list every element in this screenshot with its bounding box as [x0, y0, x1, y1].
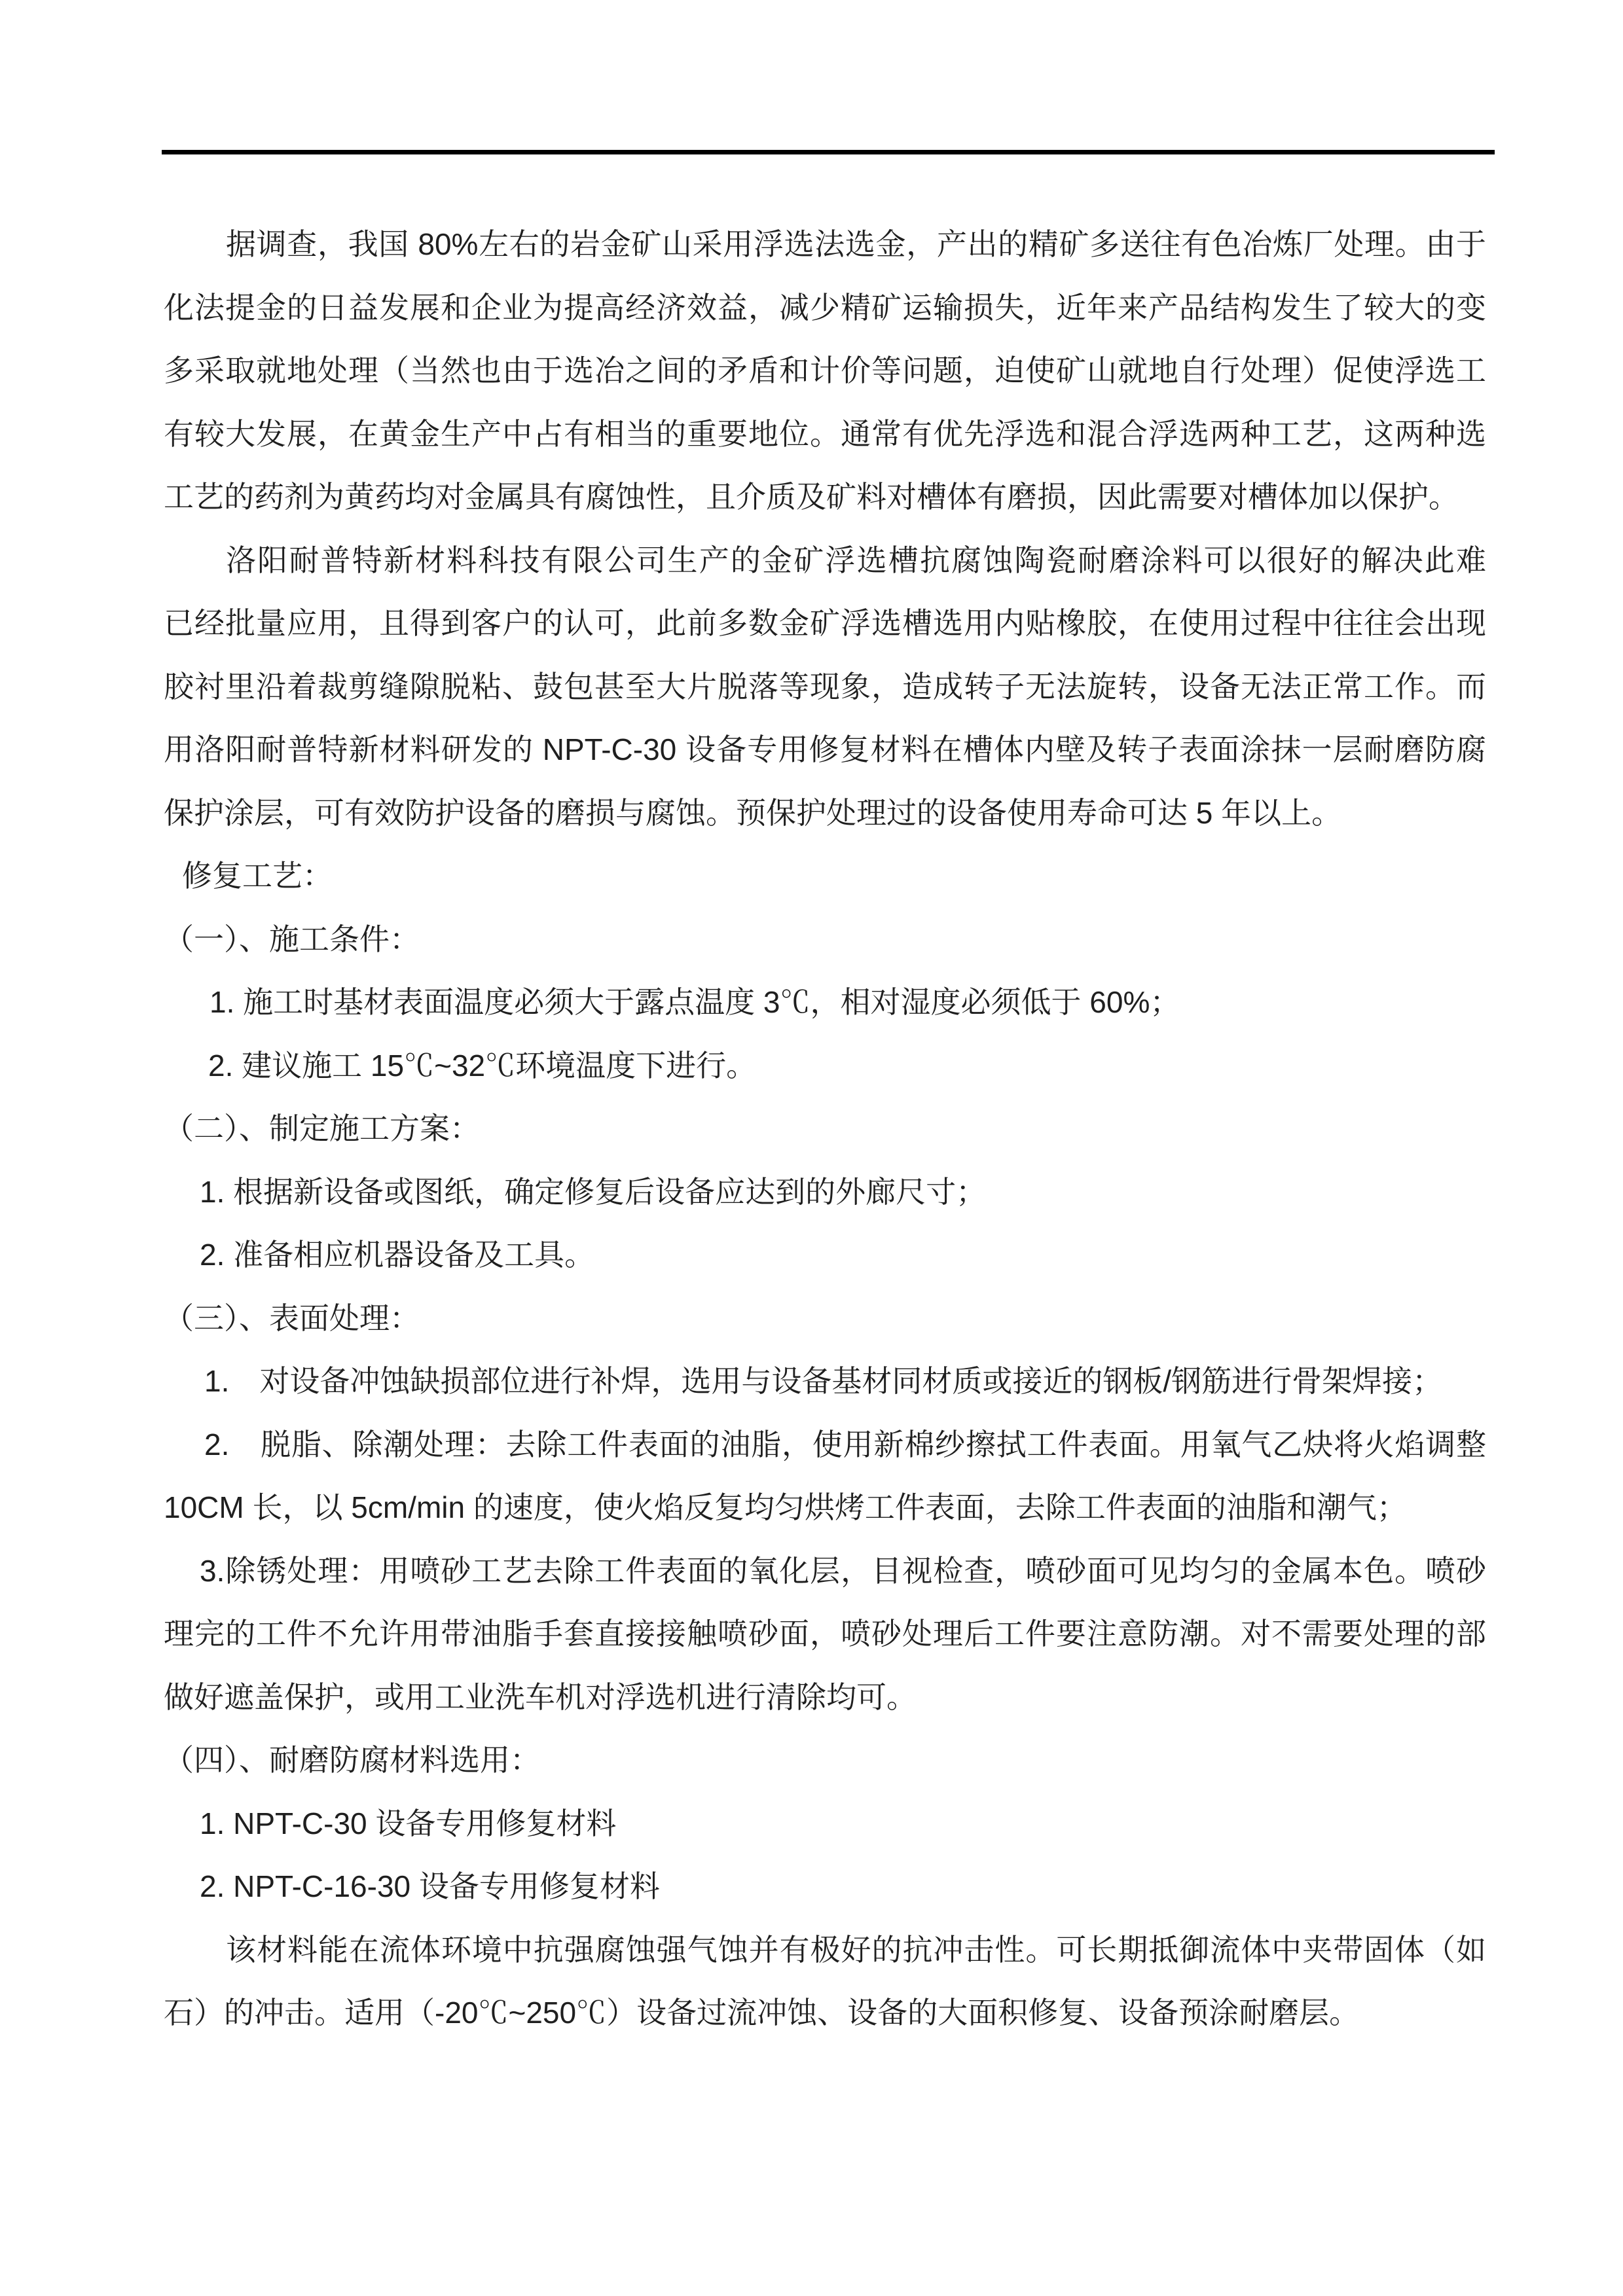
text-line: 保护涂层，可有效防护设备的磨损与腐蚀。预保护处理过的设备使用寿命可达 5 年以上…	[164, 781, 1486, 845]
text-line: 化法提金的日益发展和企业为提高经济效益，减少精矿运输损失，近年来产品结构发生了较…	[164, 276, 1486, 340]
text-line: 多采取就地处理（当然也由于选冶之间的矛盾和计价等问题，迫使矿山就地自行处理）促使…	[164, 339, 1486, 403]
text-line: （四）、耐磨防腐材料选用：	[164, 1729, 1486, 1792]
text-line: 该材料能在流体环境中抗强腐蚀强气蚀并有极好的抗冲击性。可长期抵御流体中夹带固体（…	[164, 1918, 1486, 1982]
text-line: 修复工艺：	[164, 844, 1486, 908]
text-line: 洛阳耐普特新材料科技有限公司生产的金矿浮选槽抗腐蚀陶瓷耐磨涂料可以很好的解决此难…	[164, 529, 1486, 592]
text-line: 已经批量应用，且得到客户的认可，此前多数金矿浮选槽选用内贴橡胶，在使用过程中往往…	[164, 592, 1486, 655]
text-line: 理完的工件不允许用带油脂手套直接接触喷砂面，喷砂处理后工件要注意防潮。对不需要处…	[164, 1602, 1486, 1666]
text-line: 3.除锈处理：用喷砂工艺去除工件表面的氧化层，目视检查，喷砂面可见均匀的金属本色…	[164, 1539, 1486, 1603]
text-line: 石）的冲击。适用（-20℃~250℃）设备过流冲蚀、设备的大面积修复、设备预涂耐…	[164, 1981, 1486, 2045]
text-line: 2. 建议施工 15℃~32℃环境温度下进行。	[164, 1034, 1486, 1098]
text-line: 有较大发展，在黄金生产中占有相当的重要地位。通常有优先浮选和混合浮选两种工艺，这…	[164, 403, 1486, 466]
text-line: （三）、表面处理：	[164, 1287, 1486, 1350]
text-line: 胶衬里沿着裁剪缝隙脱粘、鼓包甚至大片脱落等现象，造成转子无法旋转，设备无法正常工…	[164, 655, 1486, 719]
text-line: 工艺的药剂为黄药均对金属具有腐蚀性，且介质及矿料对槽体有磨损，因此需要对槽体加以…	[164, 465, 1486, 529]
text-line: 1. 施工时基材表面温度必须大于露点温度 3℃，相对湿度必须低于 60%；	[164, 971, 1486, 1034]
text-line: 2. 准备相应机器设备及工具。	[164, 1223, 1486, 1287]
text-line: 据调查，我国 80%左右的岩金矿山采用浮选法选金，产出的精矿多送往有色冶炼厂处理…	[164, 213, 1486, 276]
document-page: 据调查，我国 80%左右的岩金矿山采用浮选法选金，产出的精矿多送往有色冶炼厂处理…	[0, 0, 1623, 2296]
text-line: （一）、施工条件：	[164, 908, 1486, 971]
text-line: 2. NPT-C-16-30 设备专用修复材料	[164, 1855, 1486, 1918]
document-body: 据调查，我国 80%左右的岩金矿山采用浮选法选金，产出的精矿多送往有色冶炼厂处理…	[164, 213, 1486, 2045]
text-line: 2. 脱脂、除潮处理：去除工件表面的油脂，使用新棉纱擦拭工件表面。用氧气乙炔将火…	[164, 1413, 1486, 1477]
text-line: 用洛阳耐普特新材料研发的 NPT-C-30 设备专用修复材料在槽体内壁及转子表面…	[164, 718, 1486, 781]
text-line: 1. NPT-C-30 设备专用修复材料	[164, 1792, 1486, 1856]
text-line: （二）、制定施工方案：	[164, 1097, 1486, 1160]
text-line: 1. 对设备冲蚀缺损部位进行补焊，选用与设备基材同材质或接近的钢板/钢筋进行骨架…	[164, 1350, 1486, 1413]
text-line: 做好遮盖保护，或用工业洗车机对浮选机进行清除均可。	[164, 1666, 1486, 1729]
text-line: 1. 根据新设备或图纸，确定修复后设备应达到的外廊尺寸；	[164, 1160, 1486, 1224]
horizontal-rule	[162, 150, 1495, 154]
text-line: 10CM 长，以 5cm/min 的速度，使火焰反复均匀烘烤工件表面，去除工件表…	[164, 1476, 1486, 1539]
